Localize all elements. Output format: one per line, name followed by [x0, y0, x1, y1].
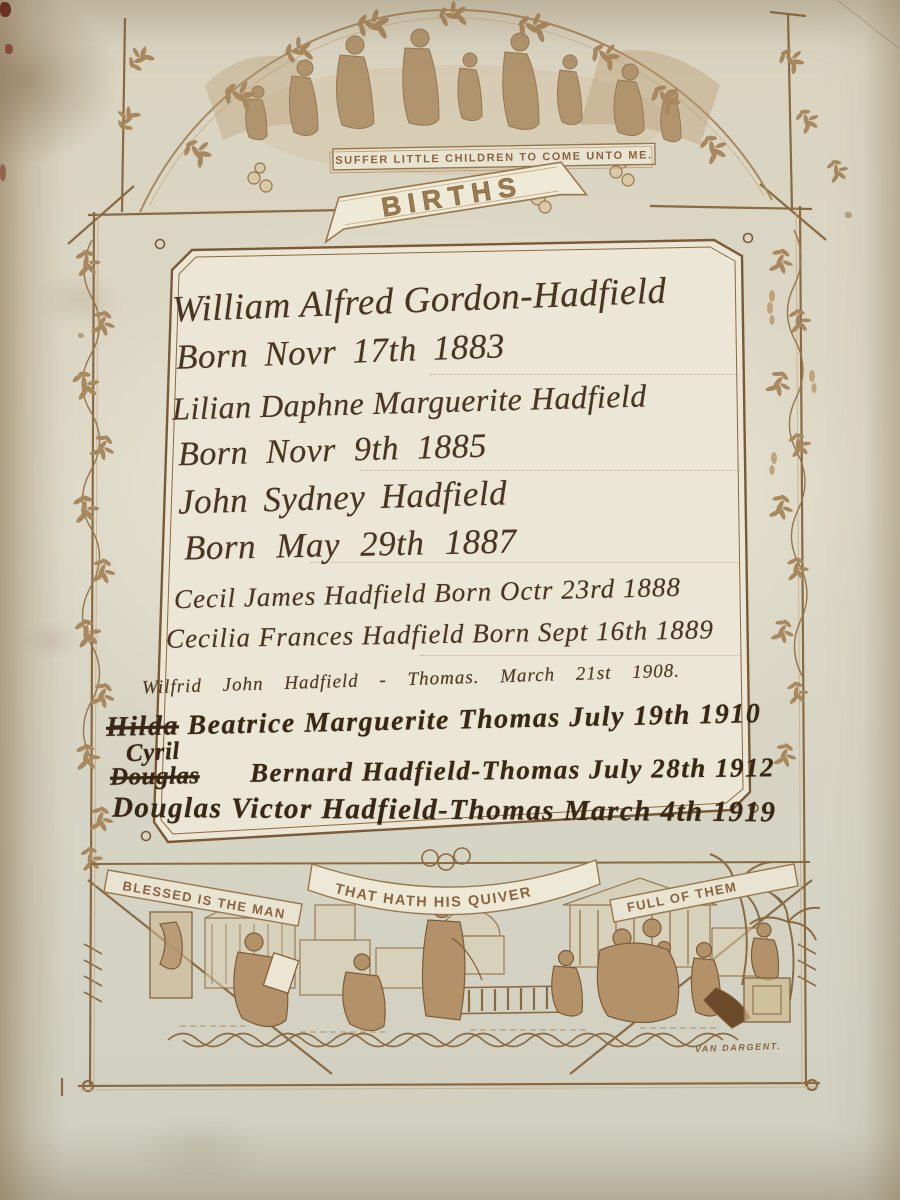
ruled-guide: [430, 374, 740, 375]
ground-strokes: [180, 1026, 720, 1032]
entry-8-text: Bernard Hadfield-Thomas July 28th 1912: [250, 754, 775, 786]
entry-8-crossed-name: Douglas: [110, 763, 200, 790]
ivy-vine-right: [764, 230, 817, 769]
engraver-signature: VAN DARGENT.: [695, 1041, 782, 1054]
entry-2-born: Born Novr 9th 1885: [178, 430, 488, 473]
top-engraving: SUFFER LITTLE CHILDREN TO COME UNTO ME. …: [111, 0, 852, 242]
rope-knot: [422, 848, 470, 870]
bottom-engraving: BLESSED IS THE MAN THAT HATH HIS QUIVER …: [90, 848, 820, 1054]
entry-9: Douglas Victor Hadfield-Thomas March 4th…: [112, 794, 777, 828]
bible-births-register-page: SUFFER LITTLE CHILDREN TO COME UNTO ME. …: [0, 0, 900, 1200]
twisted-vine-border: [168, 1034, 738, 1047]
entry-3-name: John Sydney Hadfield: [178, 475, 508, 519]
births-title: BIRTHS: [379, 171, 524, 223]
entry-3-born: Born May 29th 1887: [184, 524, 517, 566]
ruled-guide: [420, 655, 740, 656]
ruled-guide: [360, 470, 740, 471]
catkins: [767, 290, 817, 475]
